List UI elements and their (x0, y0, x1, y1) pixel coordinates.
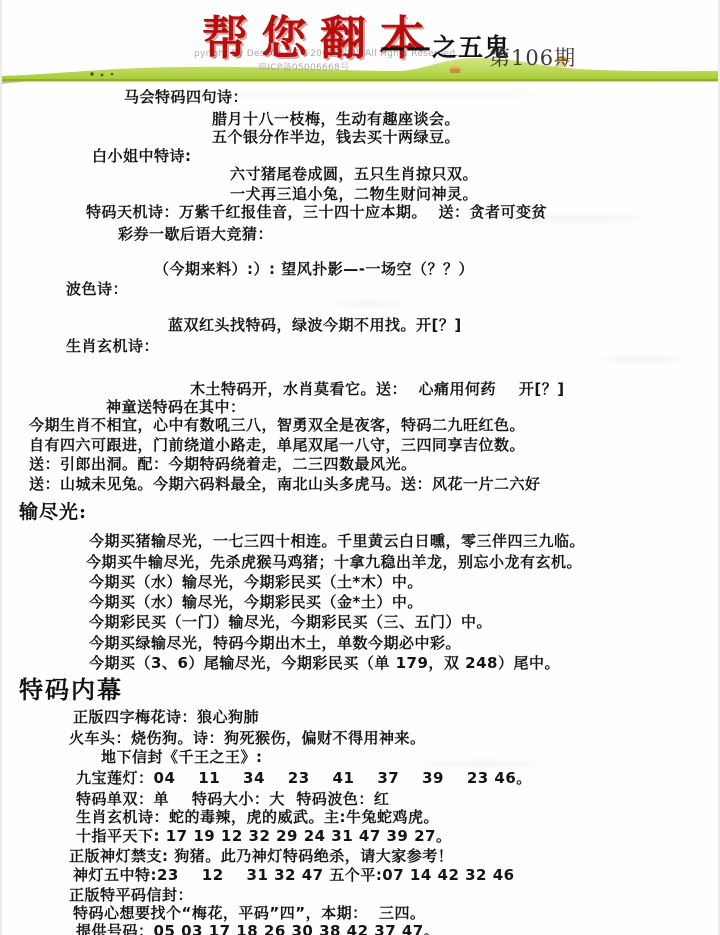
scan-artifact (602, 355, 682, 363)
shujinguang-line: 今期买（3、6）尾输尽光，今期彩民买（单 179，双 248）尾中。 (89, 654, 560, 672)
neimu-line: 地下信封《千王之王》: (101, 748, 263, 766)
section-heading-neimu: 特码内幕 (19, 670, 123, 705)
neimu-line: 神灯五中特:23 12 31 32 47 五个平:07 14 42 32 46 (73, 866, 515, 884)
band-bottom-edge (2, 79, 720, 82)
poem-line: 五个银分作半边，钱去买十两绿豆。 (212, 128, 460, 146)
neimu-line: 提供号码：05 03 17 18 26 30 38 42 37 47。 (76, 922, 439, 935)
neimu-line: 火车头：烧伤狗。诗：狗死猴伤，偏财不得用神来。 (69, 729, 426, 747)
shengxiao-poem-line: 木土特码开，水肖莫看它。送： 心痛用何药 开[？] (190, 380, 565, 398)
issue-number: 第106期 (489, 42, 576, 72)
lailiao-line: （今期来料）:）: 望风扑影—-一场空（？？） (154, 260, 474, 278)
section-label-shentong: 神童送特码在其中： (106, 398, 246, 416)
neimu-line: 十指平天下: 17 19 12 32 29 24 31 47 39 27。 (76, 827, 451, 845)
section-label-mahui: 马会特码四句诗： (124, 88, 248, 106)
neimu-line: 特码单双：单 特码大小：大 特码波色：红 (76, 790, 389, 808)
poem-line: 腊月十八一枝梅，生动有趣座谈会。 (212, 110, 460, 128)
shentong-line: 自有四六可跟进，门前绕道小路走，单尾双尾一八守，三四同享吉位数。 (29, 436, 525, 454)
shujinguang-line: 今期彩民买（一门）输尽光，今期彩民买（三、五门）中。 (89, 613, 492, 631)
section-label-shengxiao: 生肖玄机诗： (66, 337, 159, 355)
shujinguang-line: 今期买绿输尽光，特码今期出木土，单数今期必中彩。 (89, 634, 461, 652)
poem-line: 六寸猪尾卷成圆，五只生肖掠只双。 (230, 165, 478, 183)
neimu-line: 正版四字梅花诗：狼心狗肺 (73, 708, 259, 726)
shentong-line: 送：引郎出洞。配：今期特码绕着走，二三四数最风光。 (29, 455, 417, 473)
shujinguang-line: 今期买猪输尽光，一七三四十相连。千里黄云白日曛，零三伴四三九临。 (89, 532, 585, 550)
neimu-line: 正版特平码信封： (69, 886, 193, 904)
section-label-bose: 波色诗： (66, 280, 128, 298)
scan-artifact (332, 300, 402, 307)
shujinguang-line: 今期买（水）输尽光，今期彩民买（土*木）中。 (89, 573, 423, 591)
neimu-line: 特码心想要找个“梅花，平码”四”，本期： 三四。 (73, 904, 426, 922)
shentong-line: 今期生肖不相宜，心中有数吼三八，智勇双全是夜客，特码二九旺红色。 (29, 416, 525, 434)
neimu-line: 正版神灯禁支: 狗猪。此乃神灯特码绝杀，请大家参考！ (69, 847, 453, 865)
section-heading-shujinguang: 输尽光: (19, 497, 87, 524)
bose-poem-line: 蓝双红头找特码，绿波今期不用找。开[？] (168, 316, 462, 334)
neimu-line: 生肖玄机诗：蛇的毒辣，虎的威武。主:牛兔蛇鸡虎。 (76, 808, 439, 826)
poem-line: 一犬再三追小兔，二物生财问神灵。 (230, 185, 478, 203)
section-label-baixiaojie: 白小姐中特诗: (92, 147, 192, 165)
scan-artifact (422, 760, 542, 767)
lottery-tipsheet-page: pyright By DeskCa de ©2000-2005 All righ… (0, 0, 720, 935)
shentong-line: 送：山城未见兔。今期六码料最全，南北山头多虎马。送：风花一片二六好 (29, 475, 541, 493)
shujinguang-line: 今期买牛输尽光，先杀虎猴马鸡猪；十拿九稳出羊龙，别忘小龙有玄机。 (86, 553, 582, 571)
neimu-line: 九宝莲灯：04 11 34 23 41 37 39 23 46。 (76, 769, 532, 787)
shujinguang-line: 今期买（水）输尽光，今期彩民买（金*土）中。 (89, 593, 423, 611)
section-label-caiquan: 彩券一歇后语大竞猜： (118, 225, 273, 243)
tianji-poem-line: 特码天机诗：万紫千红报佳音，三十四十应本期。 送：贪者可变贫 (86, 203, 547, 221)
